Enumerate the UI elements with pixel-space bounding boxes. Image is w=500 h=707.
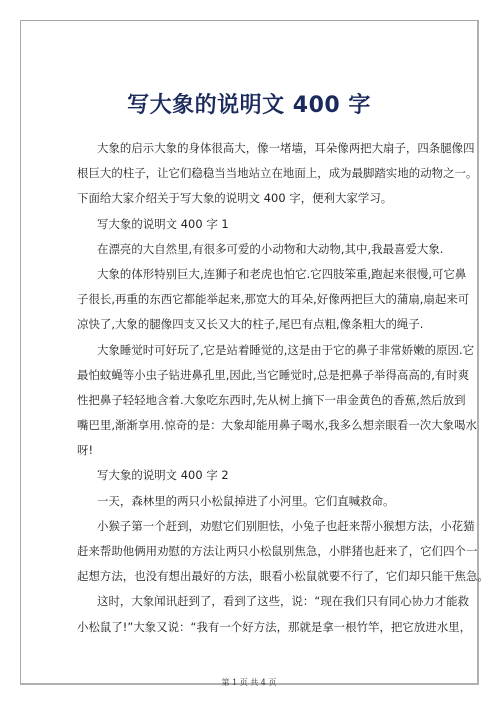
document-body: 大象的启示大象的身体很高大，像一堵墙，耳朵像两把大扇子，四条腿像四 根巨大的柱子…: [77, 138, 445, 642]
text-line: 下面给大家介绍关于写大象的说明文 400 字，便利大家学习。: [77, 188, 445, 213]
page-title: 写大象的说明文 400 字: [21, 91, 477, 121]
text-line: 性把鼻子轻轻地含着.大象吃东西时,先从树上摘下一串金黄色的香蕉,然后放到: [77, 390, 445, 415]
text-line: 大象睡觉时可好玩了,它是站着睡觉的,这是由于它的鼻子非常娇嫩的原因.它: [77, 340, 445, 365]
text-line: 起想方法，也没有想出最好的方法，眼看小松鼠就要不行了，它们却只能干焦急。: [77, 566, 445, 591]
text-line: 在漂亮的大自然里,有很多可爱的小动物和大动物,其中,我最喜爱大象.: [77, 239, 445, 264]
section-heading: 写大象的说明文 400 字 1: [77, 214, 445, 239]
text-line: 凉快了,大象的腿像四支又长又大的柱子,尾巴有点粗,像条粗大的绳子.: [77, 314, 445, 339]
text-line: 大象的体形特别巨大,连狮子和老虎也怕它.它四肢笨重,跑起来很慢,可它鼻: [77, 264, 445, 289]
text-line: 赶来帮助他俩用劝慰的方法让两只小松鼠别焦急，小胖猪也赶来了，它们四个一: [77, 541, 445, 566]
text-line: 最怕蚊蝇等小虫子钻进鼻孔里,因此,当它睡觉时,总是把鼻子举得高高的,有时爽: [77, 365, 445, 390]
text-line: 这时，大象闻讯赶到了，看到了这些，说：“现在我们只有同心协力才能救: [77, 591, 445, 616]
text-line: 小松鼠了!”大象又说：“我有一个好方法，那就是拿一根竹竿，把它放进水里，: [77, 617, 445, 642]
text-line: 小猴子第一个赶到，劝慰它们别胆怯，小兔子也赶来帮小猴想方法，小花猫: [77, 516, 445, 541]
page-number-footer: 第 1 页 共 4 页: [21, 677, 477, 688]
text-line: 大象的启示大象的身体很高大，像一堵墙，耳朵像两把大扇子，四条腿像四: [77, 138, 445, 163]
text-line: 子很长,再重的东西它都能举起来,那宽大的耳朵,好像两把巨大的蒲扇,扇起来可: [77, 289, 445, 314]
text-line: 呀!: [77, 440, 445, 465]
section-heading: 写大象的说明文 400 字 2: [77, 465, 445, 490]
document-page: 写大象的说明文 400 字 大象的启示大象的身体很高大，像一堵墙，耳朵像两把大扇…: [20, 20, 479, 685]
text-line: 根巨大的柱子，让它们稳稳当当地站立在地面上，成为最脚踏实地的动物之一。: [77, 163, 445, 188]
text-line: 一天，森林里的两只小松鼠掉进了小河里。它们直喊救命。: [77, 491, 445, 516]
text-line: 嘴巴里,渐渐享用.惊奇的是：大象却能用鼻子喝水,我多么想亲眼看一次大象喝水: [77, 415, 445, 440]
